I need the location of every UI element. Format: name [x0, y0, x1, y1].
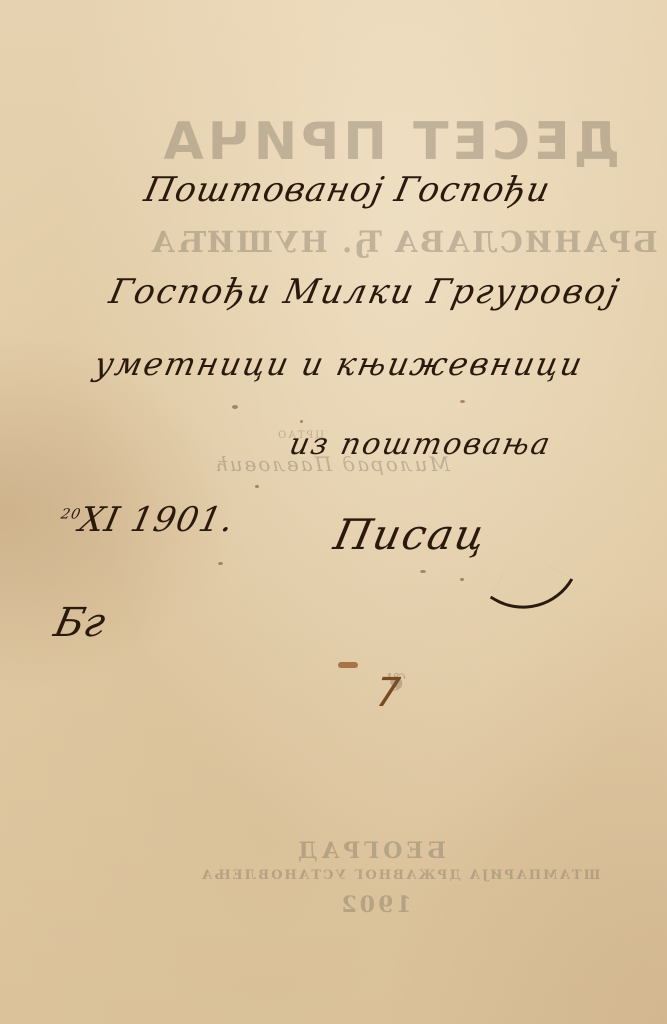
foxing-speck	[218, 562, 223, 565]
book-title-page: ДЕСЕТ ПРИЧА БРАНИСЛАВА Ђ. НУШИЋА ЦРТАО М…	[0, 0, 667, 1024]
dedication-line-2: Госпођи Милки Гргуровој	[106, 272, 624, 312]
bleed-through-title: ДЕСЕТ ПРИЧА	[175, 112, 620, 172]
dedication-line-1: Поштованој Госпођи	[141, 170, 554, 210]
signature: Писац	[330, 510, 492, 559]
bleed-through-author: БРАНИСЛАВА Ђ. НУШИЋА	[140, 225, 667, 259]
bleed-through-publisher: ШТАМПАРИЈА ДРЖАВНОГ УСТАНОВЛЕЊА	[170, 868, 630, 883]
foxing-speck	[300, 420, 303, 423]
dedication-line-4: из поштовања	[286, 427, 555, 462]
foxing-speck	[460, 578, 464, 581]
bleed-through-year: 1902	[330, 892, 420, 918]
date-month-year: XI 1901.	[76, 500, 238, 540]
signature-flourish	[490, 548, 574, 630]
dedication-date: 20XI 1901.	[56, 500, 238, 540]
dedication-line-3: уметници и књижевници	[91, 345, 587, 383]
bleed-through-city: БЕОГРАД	[290, 838, 450, 864]
foxing-speck	[460, 400, 465, 403]
ink-stain	[338, 662, 358, 668]
place-abbreviation: Бг	[50, 600, 109, 646]
foxing-speck	[232, 405, 238, 409]
foxing-speck	[420, 570, 426, 573]
foxing-speck	[255, 485, 259, 488]
